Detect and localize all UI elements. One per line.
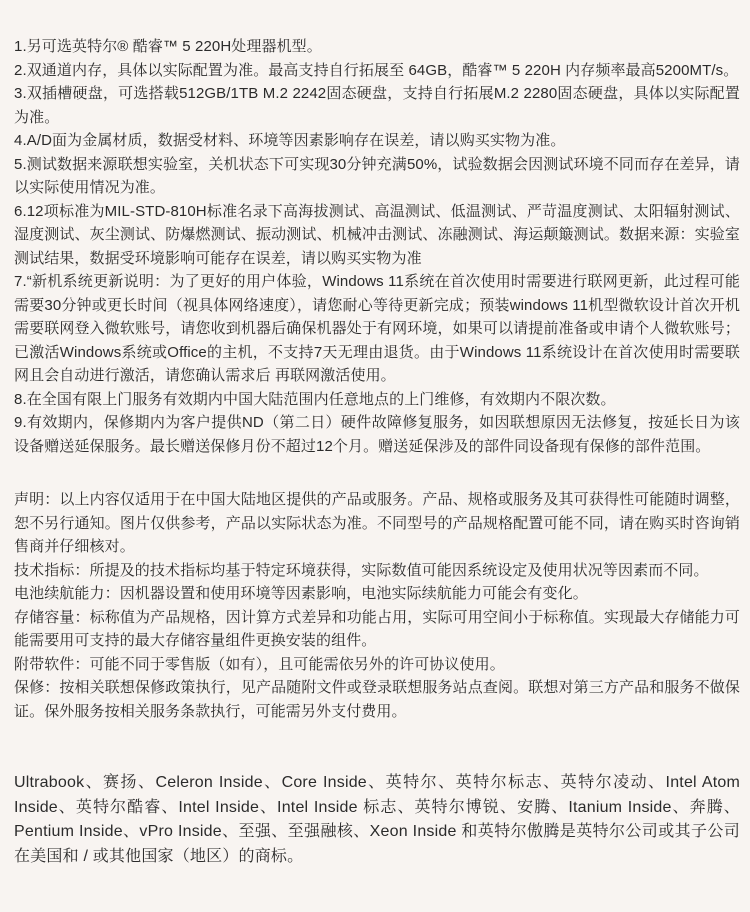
footnote-item-2: 2.双通道内存，具体以实际配置为准。最高支持自行拓展至 64GB，酷睿™ 5 2… — [14, 59, 740, 83]
footnote-item-6: 6.12项标准为MIL-STD-810H标准名录下高海拔测试、高温测试、低温测试… — [14, 200, 740, 271]
footnote-item-9: 9.有效期内，保修期内为客户提供ND（第二日）硬件故障修复服务，如因联想原因无法… — [14, 411, 740, 458]
disclaimer-battery-life: 电池续航能力：因机器设置和使用环境等因素影响，电池实际续航能力可能会有变化。 — [14, 582, 740, 606]
footnote-item-5: 5.测试数据来源联想实验室，关机状态下可实现30分钟充满50%，试验数据会因测试… — [14, 153, 740, 200]
trademark-notice: Ultrabook、赛扬、Celeron Inside、Core Inside、… — [14, 771, 740, 869]
disclaimer-storage-capacity: 存储容量：标称值为产品规格，因计算方式差异和功能占用，实际可用空间小于标称值。实… — [14, 606, 740, 653]
footnote-item-3: 3.双插槽硬盘，可选搭载512GB/1TB M.2 2242固态硬盘，支持自行拓… — [14, 82, 740, 129]
disclaimer-bundled-software: 附带软件：可能不同于零售版（如有），且可能需依另外的许可协议使用。 — [14, 653, 740, 677]
product-disclaimer-page: 1.另可选英特尔® 酷睿™ 5 220H处理器机型。 2.双通道内存，具体以实际… — [0, 0, 750, 912]
disclaimer-statement: 声明：以上内容仅适用于在中国大陆地区提供的产品或服务。产品、规格或服务及其可获得… — [14, 488, 740, 559]
footnote-item-1: 1.另可选英特尔® 酷睿™ 5 220H处理器机型。 — [14, 35, 740, 59]
footnote-item-8: 8.在全国有限上门服务有效期内中国大陆范围内任意地点的上门维修，有效期内不限次数… — [14, 388, 740, 412]
trademark-section: Ultrabook、赛扬、Celeron Inside、Core Inside、… — [14, 771, 740, 869]
disclaimer-section: 声明：以上内容仅适用于在中国大陆地区提供的产品或服务。产品、规格或服务及其可获得… — [14, 488, 740, 723]
footnote-item-7: 7.“新机系统更新说明：为了更好的用户体验，Windows 11系统在首次使用时… — [14, 270, 740, 388]
disclaimer-warranty: 保修：按相关联想保修政策执行，见产品随附文件或登录联想服务站点查阅。联想对第三方… — [14, 676, 740, 723]
footnote-item-4: 4.A/D面为金属材质，数据受材料、环境等因素影响存在误差，请以购买实物为准。 — [14, 129, 740, 153]
disclaimer-tech-specs: 技术指标：所提及的技术指标均基于特定环境获得，实际数值可能因系统设定及使用状况等… — [14, 559, 740, 583]
footnotes-section: 1.另可选英特尔® 酷睿™ 5 220H处理器机型。 2.双通道内存，具体以实际… — [14, 35, 740, 458]
